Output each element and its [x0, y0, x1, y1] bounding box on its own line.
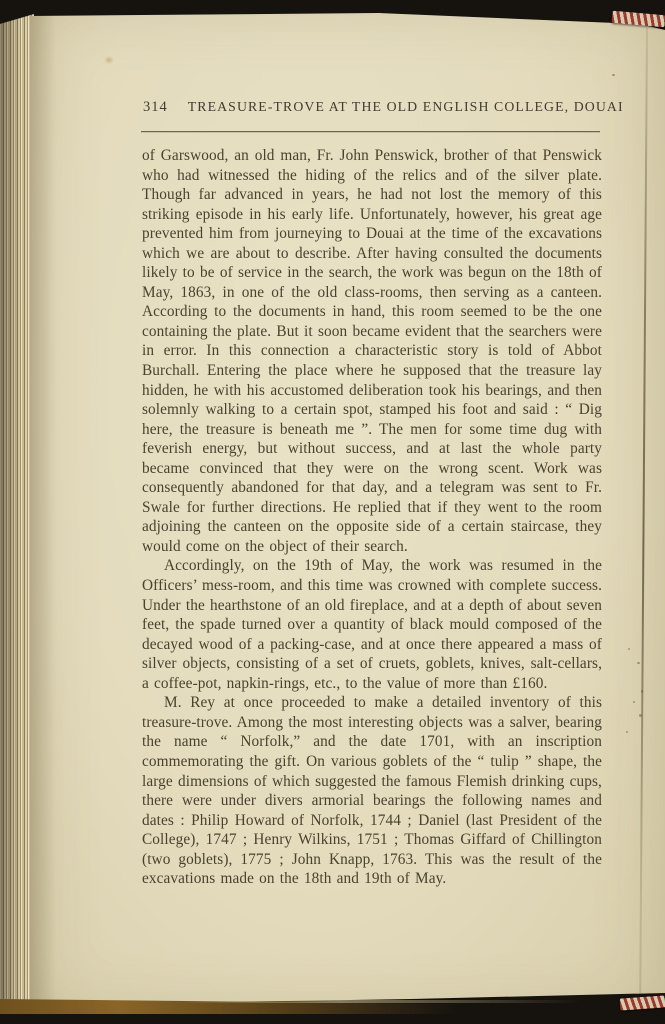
header-rule: [141, 131, 600, 132]
gutter-shadow: [30, 16, 56, 1002]
foxing-spot: [639, 714, 642, 717]
page-number: 314: [143, 99, 168, 115]
scanned-book-photo: 314TREASURE-TROVE AT THE OLD ENGLISH COL…: [0, 0, 665, 1024]
paragraph: of Garswood, an old man, Fr. John Penswi…: [142, 146, 602, 556]
running-header-title: TREASURE-TROVE AT THE OLD ENGLISH COLLEG…: [188, 99, 624, 114]
paragraph: M. Rey at once proceeded to make a detai…: [142, 693, 602, 888]
foxing-spot: [641, 690, 643, 693]
foxing-spot: [626, 731, 628, 733]
paper-stain: [104, 56, 114, 64]
page-edges-stack: [0, 10, 34, 1010]
foxing-spot: [637, 662, 640, 664]
cover-edge-highlight: [180, 1000, 580, 1003]
body-text: of Garswood, an old man, Fr. John Penswi…: [142, 146, 602, 889]
foxing-spot: [612, 74, 615, 76]
headband-bottom: [620, 995, 665, 1010]
foxing-spot: [633, 701, 635, 703]
foxing-spot: [628, 648, 630, 650]
running-header: 314TREASURE-TROVE AT THE OLD ENGLISH COL…: [143, 99, 601, 116]
paragraph: Accordingly, on the 19th of May, the wor…: [142, 556, 602, 693]
